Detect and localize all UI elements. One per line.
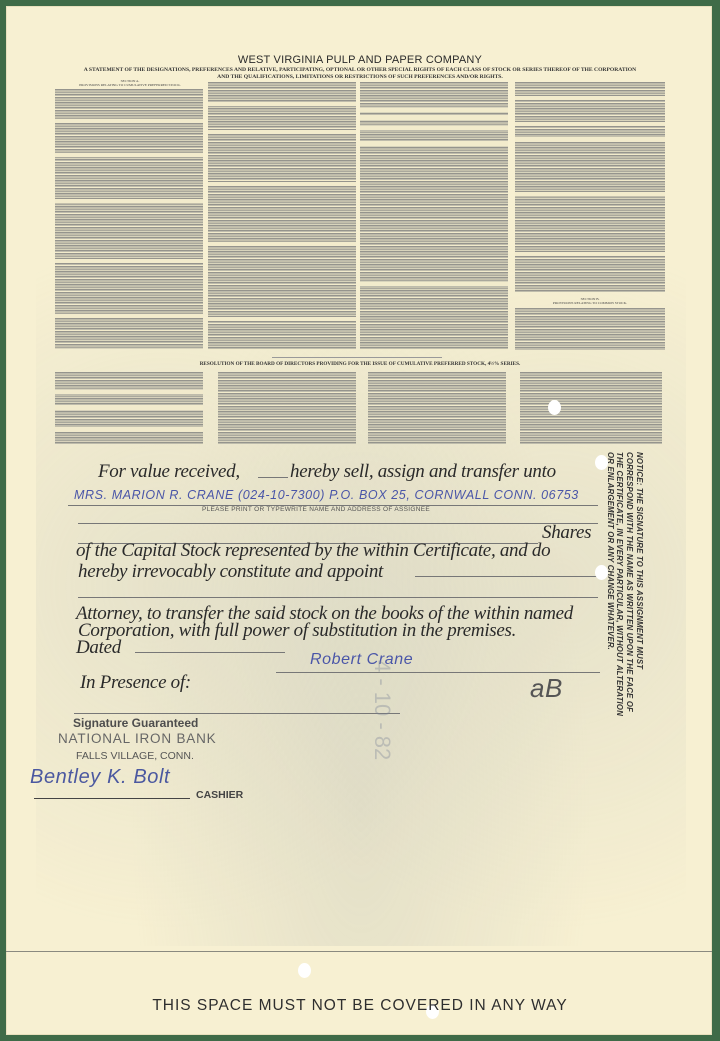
resolution-column-3 [368,372,506,444]
resolution-column-4 [520,372,662,444]
for-value-received-text: For value received, [98,461,240,483]
fine-print-column-4b [515,308,665,350]
dated-label: Dated [76,637,121,659]
faint-date-note: 4 - 10 - 82 [369,660,395,760]
owner-signature[interactable]: Robert Crane [310,651,413,669]
transfer-unto-text: hereby sell, assign and transfer unto [290,461,556,483]
assignee-name-address[interactable]: MRS. MARION R. CRANE (024-10-7300) P.O. … [74,488,579,502]
cashier-title: CASHIER [196,789,243,801]
company-title: WEST VIRGINIA PULP AND PAPER COMPANY [0,54,720,66]
fine-print-column-3 [360,82,508,350]
dated-blank[interactable] [135,652,285,653]
footer-warning: THIS SPACE MUST NOT BE COVERED IN ANY WA… [0,997,720,1015]
witness-line[interactable] [74,713,400,714]
hereby-appoint-text: hereby irrevocably constitute and appoin… [78,561,383,583]
punch-hole [548,400,561,415]
assignor-blank[interactable] [258,477,288,478]
resolution-column-1 [55,372,203,444]
assignee-line-2[interactable] [78,523,598,524]
cashier-signature-line [34,798,190,799]
punch-hole [595,565,608,580]
fine-print-column-2 [208,82,356,350]
cashier-signature: Bentley K. Bolt [30,766,170,789]
punch-hole [298,963,311,978]
bank-location-stamp: FALLS VILLAGE, CONN. [76,750,194,762]
punch-hole [595,455,608,470]
section-a-heading: SECTION A. PROVISIONS RELATING TO CUMULA… [55,79,205,87]
fine-print-column-4 [515,82,665,292]
in-presence-label: In Presence of: [80,672,191,694]
initials-mark: aB [530,673,563,704]
fold-line [6,951,712,952]
section-b-subtitle: PROVISIONS RELATING TO COMMON STOCK. [515,301,665,305]
bank-name-stamp: NATIONAL IRON BANK [58,731,216,746]
section-a-subtitle: PROVISIONS RELATING TO CUMULATIVE PREFER… [55,83,205,87]
section-b-heading: SECTION B. PROVISIONS RELATING TO COMMON… [515,297,665,305]
signature-notice: NOTICE: THE SIGNATURE TO THIS ASSIGNMENT… [602,452,644,722]
resolution-divider [272,357,442,358]
assignee-caption: PLEASE PRINT OR TYPEWRITE NAME AND ADDRE… [202,506,430,513]
attorney-blank-2[interactable] [78,597,598,598]
corporation-text: Corporation, with full power of substitu… [78,620,516,642]
fine-print-column-1 [55,89,203,349]
resolution-heading: RESOLUTION OF THE BOARD OF DIRECTORS PRO… [0,361,720,367]
capital-stock-text: of the Capital Stock represented by the … [76,540,550,562]
resolution-column-2 [218,372,356,444]
signature-guaranteed-stamp: Signature Guaranteed [73,716,198,730]
attorney-blank[interactable] [415,576,598,577]
